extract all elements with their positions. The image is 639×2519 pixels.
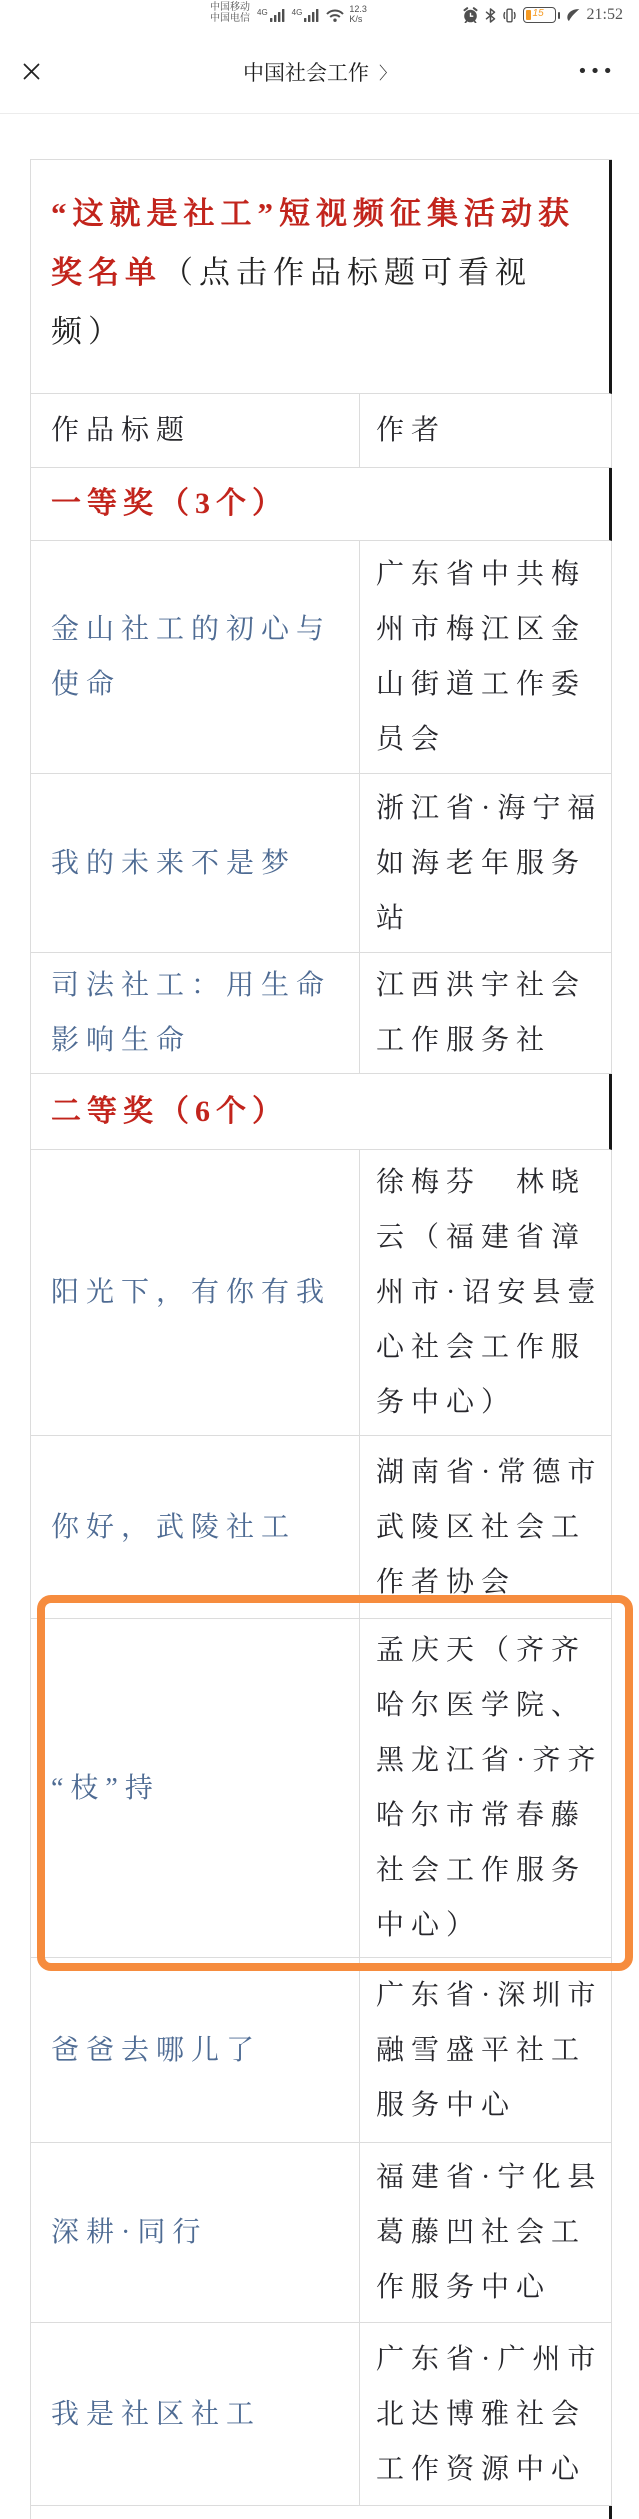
status-icons: 15 21:52 bbox=[462, 6, 623, 24]
entry-title-link[interactable]: 我是社区社工 bbox=[51, 2387, 261, 2442]
section-label: 二等奖（6个） bbox=[51, 1094, 288, 1130]
table-row-section: 二等奖（6个） bbox=[31, 1074, 612, 1150]
column-header-author: 作者 bbox=[376, 403, 446, 458]
nav-bar: 中国社会工作 〉 ••• bbox=[0, 30, 639, 114]
entry-title-link[interactable]: 金山社工的初心与使命 bbox=[51, 602, 345, 712]
clock-time: 21:52 bbox=[587, 6, 623, 24]
network-badge: 4G bbox=[257, 8, 268, 17]
carrier-top: 中国移动 bbox=[210, 2, 250, 13]
entry-title-link[interactable]: 爸爸去哪儿了 bbox=[51, 2023, 261, 2078]
section-label: 一等奖（3个） bbox=[51, 486, 288, 522]
battery-percent: 15 bbox=[533, 8, 544, 19]
more-menu-icon[interactable]: ••• bbox=[577, 61, 615, 82]
table-row-entry: 阳光下，有你有我徐梅芬 林晓云（福建省漳州市·诏安县壹心社会工作服务中心） bbox=[31, 1150, 612, 1436]
table-row-partial bbox=[31, 2506, 612, 2519]
signal-group-2: 4G bbox=[292, 9, 320, 22]
entry-author: 广东省·广州市北达博雅社会工作资源中心 bbox=[376, 2332, 605, 2497]
table-row-section: 一等奖（3个） bbox=[31, 468, 612, 541]
entry-author: 江西洪宇社会工作服务社 bbox=[376, 958, 605, 1068]
entry-author: 福建省·宁化县葛藤凹社会工作服务中心 bbox=[376, 2150, 605, 2315]
chevron-right-icon: 〉 bbox=[379, 59, 396, 84]
table-row-entry: 我的未来不是梦浙江省·海宁福如海老年服务站 bbox=[31, 774, 612, 953]
entry-author: 徐梅芬 林晓云（福建省漳州市·诏安县壹心社会工作服务中心） bbox=[376, 1155, 605, 1430]
battery-fill bbox=[526, 10, 531, 20]
entry-author: 浙江省·海宁福如海老年服务站 bbox=[376, 781, 605, 946]
network-speed: 12.3 K/s bbox=[349, 4, 367, 24]
carrier-labels: 中国移动 中国电信 bbox=[210, 2, 250, 24]
signal-icon bbox=[270, 9, 285, 22]
battery-nub bbox=[558, 12, 560, 19]
status-bar: 中国移动 中国电信 4G 4G 12.3 K/s 15 bbox=[0, 0, 639, 30]
entry-author: 孟庆天（齐齐哈尔医学院、黑龙江省·齐齐哈尔市常春藤社会工作服务中心） bbox=[376, 1623, 605, 1953]
battery-icon: 15 bbox=[523, 7, 556, 23]
table-row-entry: 金山社工的初心与使命广东省中共梅州市梅江区金山街道工作委员会 bbox=[31, 541, 612, 774]
table-row-entry: 深耕·同行福建省·宁化县葛藤凹社会工作服务中心 bbox=[31, 2143, 612, 2323]
close-icon[interactable] bbox=[22, 62, 41, 81]
entry-title-link[interactable]: 你好，武陵社工 bbox=[51, 1500, 296, 1555]
speed-value: 12.3 bbox=[349, 4, 367, 14]
official-account-title[interactable]: 中国社会工作 〉 bbox=[243, 57, 396, 87]
column-header-title: 作品标题 bbox=[51, 403, 191, 458]
vibrate-icon bbox=[502, 8, 517, 23]
alarm-clock-icon bbox=[462, 7, 479, 23]
signal-icon bbox=[304, 9, 319, 22]
table-row-entry: 司法社工：用生命影响生命江西洪宇社会工作服务社 bbox=[31, 953, 612, 1074]
entry-author: 广东省·深圳市融雪盛平社工服务中心 bbox=[376, 1968, 605, 2133]
entry-title-link[interactable]: 司法社工：用生命影响生命 bbox=[51, 958, 345, 1068]
network-badge: 4G bbox=[292, 8, 303, 17]
table-row-entry: 你好，武陵社工湖南省·常德市武陵区社会工作者协会 bbox=[31, 1436, 612, 1619]
signal-group-1: 4G bbox=[257, 9, 285, 22]
table-row-header: 作品标题作者 bbox=[31, 394, 612, 468]
award-table: “这就是社工”短视频征集活动获奖名单（点击作品标题可看视频）作品标题作者一等奖（… bbox=[30, 159, 612, 2519]
bluetooth-icon bbox=[485, 8, 496, 23]
entry-title-link[interactable]: 我的未来不是梦 bbox=[51, 836, 296, 891]
table-row-title: “这就是社工”短视频征集活动获奖名单（点击作品标题可看视频） bbox=[31, 160, 612, 394]
article-title: “这就是社工”短视频征集活动获奖名单（点击作品标题可看视频） bbox=[51, 184, 589, 361]
page-title: 中国社会工作 bbox=[243, 57, 369, 87]
speed-unit: K/s bbox=[349, 14, 367, 24]
entry-author: 湖南省·常德市武陵区社会工作者协会 bbox=[376, 1445, 605, 1610]
table-row-entry: 爸爸去哪儿了广东省·深圳市融雪盛平社工服务中心 bbox=[31, 1958, 612, 2143]
entry-title-link[interactable]: “枝”持 bbox=[51, 1761, 160, 1816]
entry-author: 广东省中共梅州市梅江区金山街道工作委员会 bbox=[376, 547, 605, 767]
partial-row-stub bbox=[31, 2506, 609, 2519]
table-row-entry: 我是社区社工广东省·广州市北达博雅社会工作资源中心 bbox=[31, 2323, 612, 2506]
wifi-icon bbox=[326, 9, 344, 22]
table-row-entry-highlighted: “枝”持孟庆天（齐齐哈尔医学院、黑龙江省·齐齐哈尔市常春藤社会工作服务中心） bbox=[31, 1619, 612, 1958]
entry-title-link[interactable]: 阳光下，有你有我 bbox=[51, 1265, 331, 1320]
eco-leaf-icon bbox=[566, 8, 581, 22]
entry-title-link[interactable]: 深耕·同行 bbox=[51, 2205, 207, 2260]
carrier-bottom: 中国电信 bbox=[210, 13, 250, 24]
